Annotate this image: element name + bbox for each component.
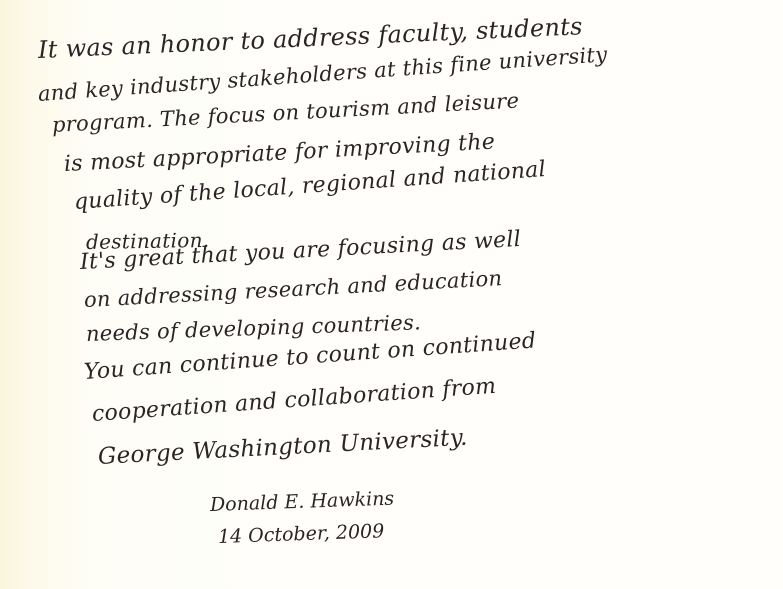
handwritten-note: It was an honor to address faculty, stud… [0,0,783,589]
signature-date: 14 October, 2009 [218,520,385,548]
signature-name: Donald E. Hawkins [210,488,395,516]
note-line-8: on addressing research and education [83,266,502,312]
note-line-11: cooperation and collaboration from [91,374,497,427]
note-line-12: George Washington University. [97,425,468,470]
